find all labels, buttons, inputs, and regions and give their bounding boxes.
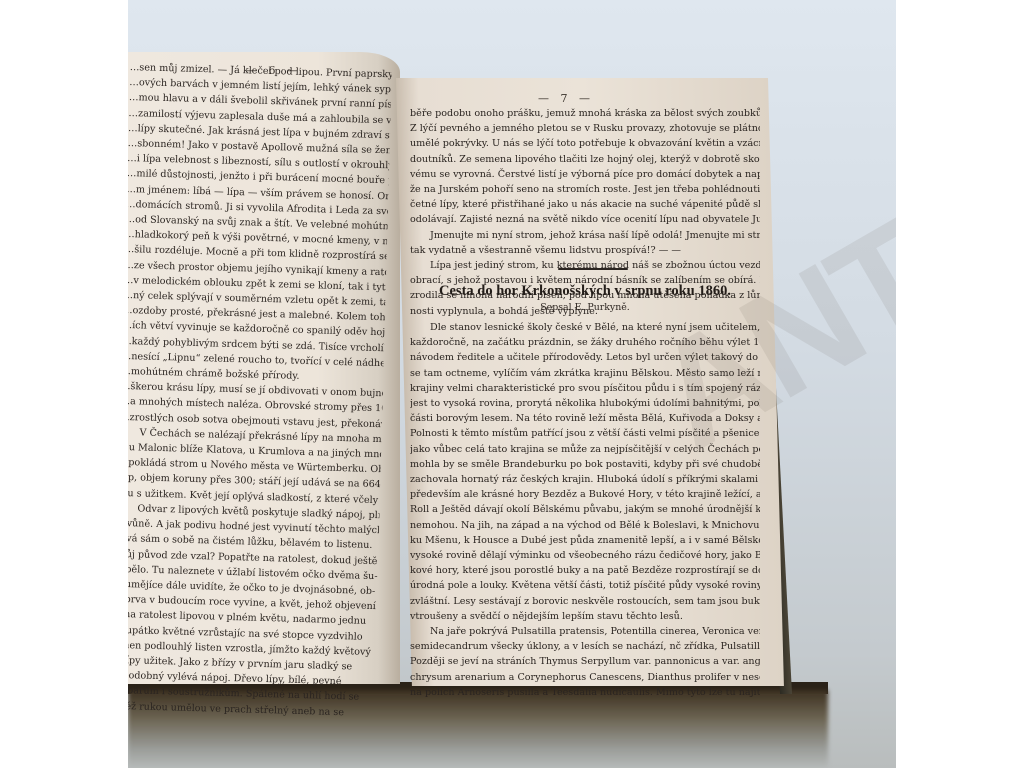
text-line: Lípa jest jediný strom, ku kterému národ… [410, 258, 760, 273]
text-line: že na Jurském pohoří seno na stromích ro… [410, 182, 760, 197]
text-line: semidecandrum všecky úklony, a v lesích … [410, 639, 760, 654]
left-page-text: …sen můj zmizel. — Já klečel pod lipou. … [128, 60, 392, 721]
text-line: Z lýčí pevného a jemného pletou se v Rus… [410, 121, 760, 136]
text-line: Na jaře pokrývá Pulsatilla pratensis, Po… [410, 624, 760, 639]
text-line: odolávají. Zajisté nezná na světě nikdo … [410, 212, 760, 227]
text-line: doutníků. Ze semena lipového tlačiti lze… [410, 152, 760, 167]
right-page-number: — 7 — [538, 92, 594, 105]
book-photo: — 6 — …sen můj zmizel. — Já klečel pod l… [128, 0, 896, 768]
text-line: ku Mšenu, k Housce a Dubé jest půda znam… [410, 533, 760, 548]
text-line: kové hory, které jsou porostlé buky a na… [410, 563, 760, 578]
text-line: vysoké rovině dělají výminku od všeobecn… [410, 548, 760, 563]
text-line: Jmenujte mi nyní strom, jehož krása naší… [410, 228, 760, 243]
text-line: především ale krásné hory Bezděz a Bukov… [410, 487, 760, 502]
text-line: nemohou. Na jih, na západ a na východ od… [410, 518, 760, 533]
text-line: četné lípy, které přistřihané jako u nás… [410, 197, 760, 212]
text-line: zvláštní. Lesy sestávají z borovic neskv… [410, 594, 760, 609]
text-line: chrysum arenarium a Corynephorus Canesce… [410, 670, 760, 685]
section-divider-rule [558, 268, 628, 270]
text-line: úrodná pole a louky. Květena větší části… [410, 578, 760, 593]
text-line: vtroušeny a svědčí o nějdejším lepším st… [410, 609, 760, 624]
text-line: vému se vyrovná. Čerstvé listí je výborn… [410, 167, 760, 182]
text-line: umělé pokrývky. U nás se lýčí toto potře… [410, 136, 760, 151]
text-line: Roll a Ještěd dávají okolí Bělskému půva… [410, 502, 760, 517]
text-line: na polích Arnoseris pusilla a Teesdalia … [410, 685, 760, 700]
text-line: tak vydatně a všestranně všemu lidstvu p… [410, 243, 760, 258]
text-line: Později se jeví na stráních Thymus Serpy… [410, 654, 760, 669]
text-line: běře podobu onoho prášku, jemuž mnohá kr… [410, 106, 760, 121]
